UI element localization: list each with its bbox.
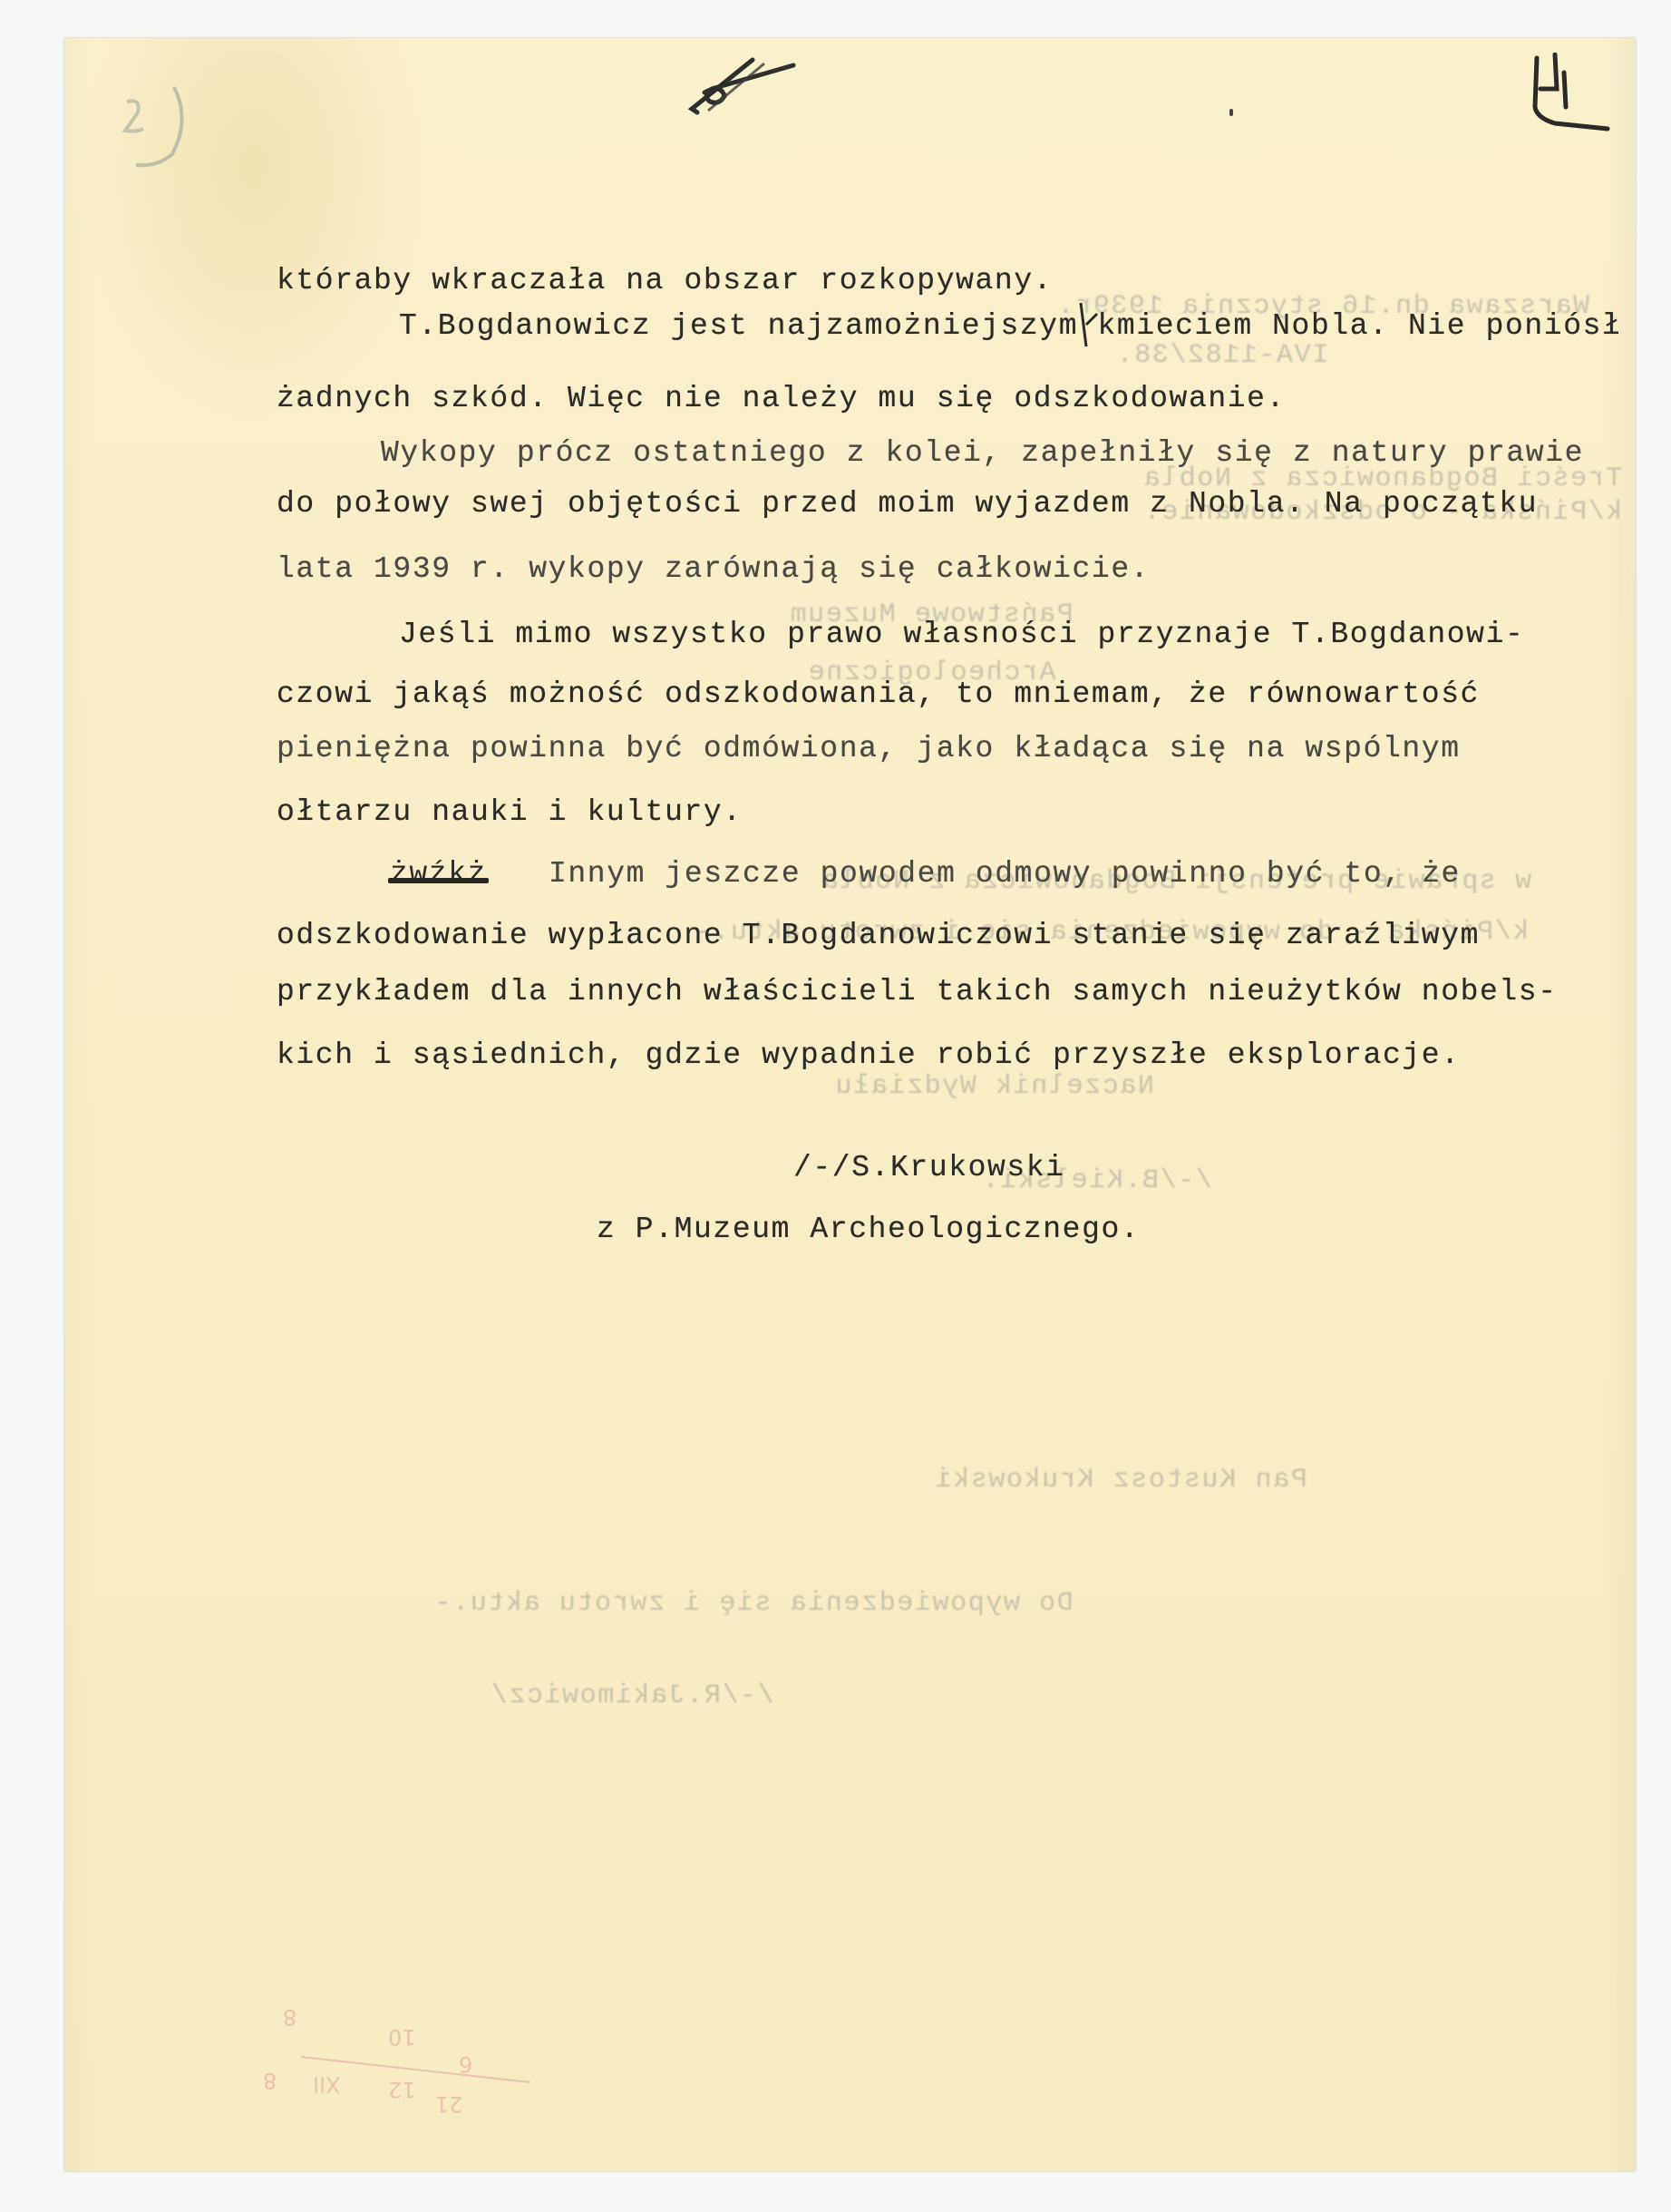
handwritten-check-mark-icon xyxy=(685,56,798,115)
signature-name: /-/S.Krukowski xyxy=(793,1150,1065,1186)
body-line: przykładem dla innych właścicieli takich… xyxy=(277,974,1558,1010)
body-line: ołtarzu nauki i kultury. xyxy=(277,794,743,831)
body-line: lata 1939 r. wykopy zarównają się całkow… xyxy=(277,551,1150,588)
bleed-through-line: Pan Kustosz Krukowski xyxy=(934,1462,1307,1498)
signature-affiliation: z P.Muzeum Archeologicznego. xyxy=(597,1212,1140,1248)
body-line: kich i sąsiednich, gdzie wypadnie robić … xyxy=(277,1038,1461,1074)
body-line: T.Bogdanowicz jest najzamożniejszym kmie… xyxy=(399,308,1621,345)
document-page xyxy=(64,38,1636,2171)
body-line: odszkodowanie wypłacone T.Bogdanowiczowi… xyxy=(277,918,1480,954)
body-line: pieniężna powinna być odmówiona, jako kł… xyxy=(277,731,1461,767)
pencil-note: 10 xyxy=(388,2024,416,2050)
body-line: żadnych szkód. Więc nie należy mu się od… xyxy=(277,381,1286,417)
bleed-through-line: Naczelnik Wydziału xyxy=(834,1068,1154,1105)
body-line: do połowy swej objętości przed moim wyja… xyxy=(277,486,1538,522)
pencil-note: 21 xyxy=(435,2091,463,2117)
bleed-through-line: /-/R.Jakimowicz/ xyxy=(490,1678,774,1714)
page-number-mark xyxy=(1528,53,1614,134)
body-line: Innym jeszcze powodem odmowy powinno być… xyxy=(549,856,1461,892)
body-line: czowi jakąś możność odszkodowania, to mn… xyxy=(277,677,1480,713)
struck-out-word: żwźkż xyxy=(390,856,487,892)
insertion-caret-mark xyxy=(1077,301,1099,348)
bleed-through-line: Do wypowiedzenia się i zwrotu aktu.- xyxy=(433,1585,1074,1622)
body-line: Jeśli mimo wszystko prawo własności przy… xyxy=(399,617,1524,653)
pencil-underline xyxy=(299,2050,535,2086)
pencil-annotation-mark xyxy=(100,83,199,170)
pencil-note: 8 xyxy=(263,2068,277,2093)
body-line: któraby wkraczała na obszar rozkopywany. xyxy=(277,263,1053,299)
body-line: Wykopy prócz ostatniego z kolei, zapełni… xyxy=(381,435,1584,472)
pencil-note: 8 xyxy=(283,2004,296,2030)
ink-dot xyxy=(1229,109,1233,116)
